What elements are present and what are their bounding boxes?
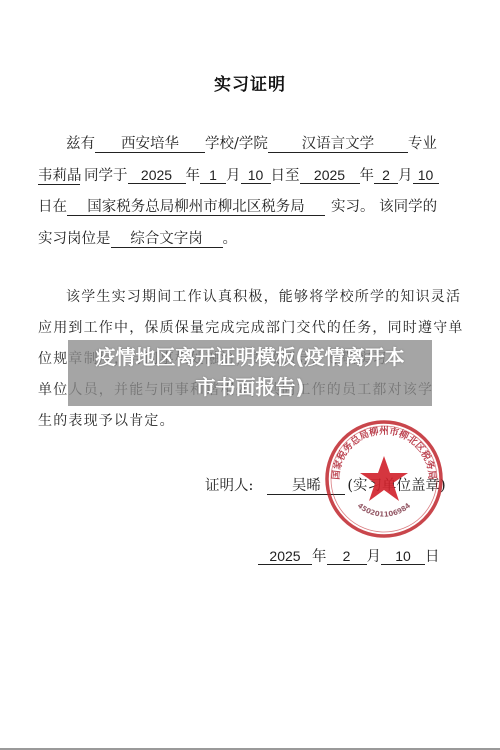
major-suffix: 专业 [408,136,437,152]
end-month-field: 2 [374,167,398,184]
article-title-line-2: 市书面报告) [68,372,432,402]
body-line-1: 该学生实习期间工作认真积极，能够将学校所学的知识灵活 [66,286,461,306]
year-char-2: 年 [360,168,375,184]
date-year: 2025 [258,548,312,565]
date-line: 2025年2月10日 [258,545,500,566]
svg-text:450201106984: 450201106984 [356,502,412,519]
article-title-line-1: 疫情地区离开证明模板(疫情离开本 [68,342,432,372]
intro-line-2: 韦莉晶同学于2025年1月10日至2025年2月10 [38,164,500,185]
date-day: 10 [381,548,425,565]
to-text: 日至 [271,168,300,184]
end-year-field: 2025 [300,167,360,184]
intro-prefix: 兹有 [66,136,95,152]
date-month: 2 [327,548,367,565]
school-field: 西安培华 [95,136,205,153]
day-at-text: 日在 [38,199,67,215]
date-year-char: 年 [312,549,327,565]
intro-line-4: 实习岗位是综合文字岗。 [38,227,500,248]
start-year-field: 2025 [128,167,186,184]
position-field: 综合文字岗 [111,231,223,248]
date-month-char: 月 [367,549,382,565]
start-day-field: 10 [241,167,271,184]
start-month-field: 1 [200,167,226,184]
month-char-2: 月 [398,168,413,184]
school-suffix: 学校/学院 [205,136,268,152]
major-field: 汉语言文学 [268,136,408,153]
document-title: 实习证明 [0,70,500,95]
end-day-field: 10 [413,167,439,184]
month-char: 月 [226,168,241,184]
year-char: 年 [186,168,201,184]
period: 。 [223,231,238,247]
intro-line-1: 兹有西安培华学校/学院汉语言文学专业 [66,132,500,153]
article-title[interactable]: 疫情地区离开证明模板(疫情离开本 市书面报告) [68,342,432,402]
official-seal-icon: 国家税务总局柳州市柳北区税务局 450201106984 [323,418,445,540]
company-field: 国家税务总局柳州市柳北区税务局 [67,199,325,216]
body-line-5: 生的表现予以肯定。 [38,410,175,430]
date-day-char: 日 [425,549,440,565]
student-name-field: 韦莉晶 [38,168,80,185]
signature-label: 证明人: [205,478,253,494]
body-line-2: 应用到工作中，保质保量完成完成部门交代的任务，同时遵守单 [38,317,464,337]
position-label: 实习岗位是 [38,231,111,247]
student-suffix: 同学于 [84,168,128,184]
intro-line-3: 日在国家税务总局柳州市柳北区税务局实习。 该同学的 [38,195,500,216]
after-company-text: 实习。 该同学的 [331,199,437,215]
